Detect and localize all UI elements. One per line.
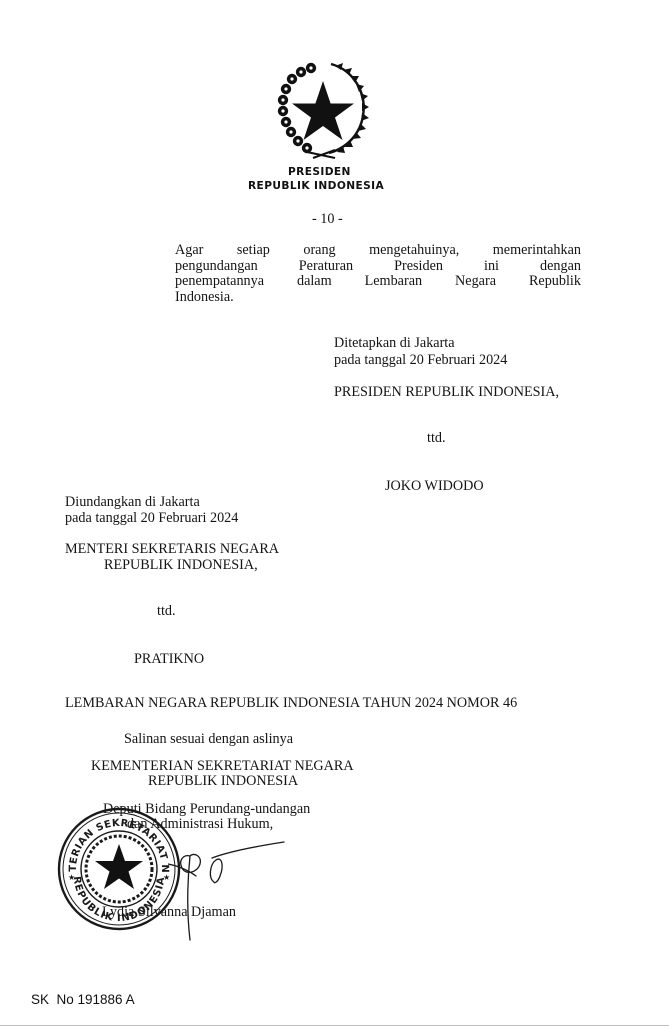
paragraph-line: penempatannya dalam Lembaran Negara Repu…	[175, 274, 581, 290]
paragraph-line: Indonesia.	[175, 290, 581, 306]
paragraph-line: Agar setiap orang mengetahuinya, memerin…	[175, 243, 581, 259]
header-presiden: PRESIDEN	[288, 166, 351, 178]
certified-copy-statement: Salinan sesuai dengan aslinya	[124, 731, 293, 748]
ministry-line2: REPUBLIK INDONESIA	[148, 773, 298, 790]
gazette-reference: LEMBARAN NEGARA REPUBLIK INDONESIA TAHUN…	[65, 695, 517, 712]
header-republik-indonesia: REPUBLIK INDONESIA	[248, 180, 384, 192]
page-number: - 10 -	[312, 211, 343, 228]
promulgation-place: Diundangkan di Jakarta	[65, 494, 200, 511]
enactment-date: pada tanggal 20 Februari 2024	[334, 352, 507, 369]
enactment-signatory-name: JOKO WIDODO	[385, 478, 484, 495]
garuda-star-wreath-emblem-icon	[273, 58, 373, 162]
official-seal-stamp-icon: KEMENTERIAN SEKRETARIAT NEGARA REPUBLIK …	[56, 806, 182, 932]
closing-paragraph: Agar setiap orang mengetahuinya, memerin…	[175, 243, 581, 305]
promulgation-title-line2: REPUBLIK INDONESIA,	[104, 557, 258, 574]
promulgation-ttd: ttd.	[157, 603, 176, 620]
svg-text:★: ★	[68, 873, 75, 882]
promulgation-date: pada tanggal 20 Februari 2024	[65, 510, 238, 527]
enactment-place: Ditetapkan di Jakarta	[334, 335, 455, 352]
promulgation-title-line1: MENTERI SEKRETARIS NEGARA	[65, 541, 279, 558]
document-code: SK No 191886 A	[31, 992, 135, 1007]
enactment-title: PRESIDEN REPUBLIK INDONESIA,	[334, 384, 559, 401]
handwritten-signature-icon	[168, 836, 288, 946]
promulgation-signatory-name: PRATIKNO	[134, 651, 204, 668]
enactment-ttd: ttd.	[427, 430, 446, 447]
paragraph-line: pengundangan Peraturan Presiden ini deng…	[175, 259, 581, 275]
page-bottom-border	[0, 1025, 669, 1026]
svg-text:REPUBLIK INDONESIA: REPUBLIK INDONESIA	[71, 876, 167, 924]
